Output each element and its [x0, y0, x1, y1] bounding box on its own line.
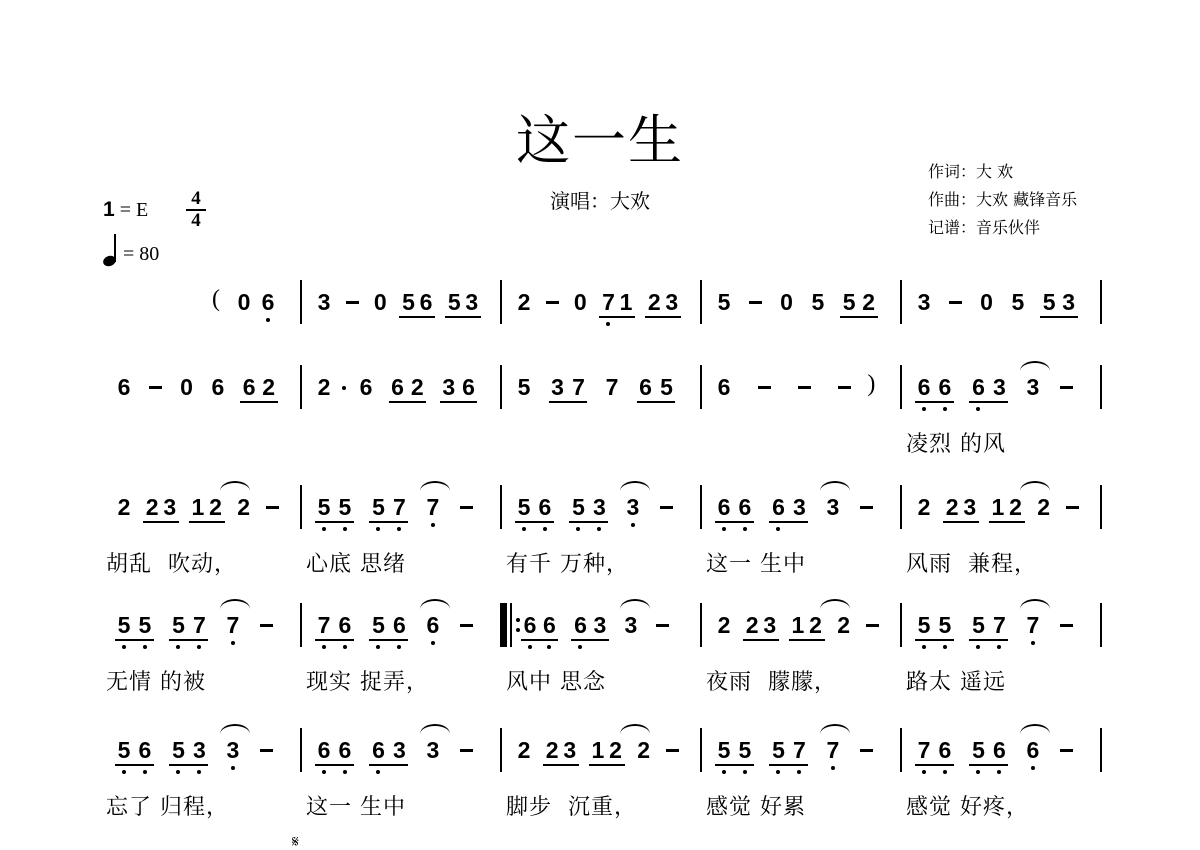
low-octave-dot [922, 645, 926, 649]
note: 5 [1041, 290, 1057, 314]
low-octave-dot [343, 527, 347, 531]
beam-underline [969, 764, 1008, 766]
note: 0 [572, 290, 588, 314]
low-octave-dot [143, 770, 147, 774]
note: 2 [116, 495, 132, 519]
time-signature: 4 4 [186, 190, 206, 230]
barline [1100, 485, 1102, 529]
note: 3 [1061, 290, 1077, 314]
low-octave-dot [631, 523, 635, 527]
note: 5 [370, 613, 386, 637]
lyric-text: 心底 思绪 [306, 547, 406, 578]
note: 2 [516, 290, 532, 314]
note: 1 [618, 290, 634, 314]
note: 7 [791, 738, 807, 762]
low-octave-dot [376, 527, 380, 531]
barline [900, 728, 902, 772]
beam-underline [569, 521, 608, 523]
note: 7 [604, 375, 620, 399]
barline [500, 365, 502, 409]
slur [220, 599, 250, 609]
lyric-text: 有千 万种， [506, 547, 629, 578]
note: 6 [391, 613, 407, 637]
beam-underline [943, 521, 979, 523]
note: 7 [916, 738, 932, 762]
low-octave-dot [976, 770, 980, 774]
barline [700, 603, 702, 647]
note: 5 [516, 495, 532, 519]
slur [620, 599, 650, 609]
dash-sustain [346, 301, 359, 304]
beam-underline [989, 521, 1025, 523]
note: 6 [358, 375, 374, 399]
low-octave-dot [578, 645, 582, 649]
low-octave-dot [528, 645, 532, 649]
note: 5 [841, 290, 857, 314]
beam-underline [143, 521, 179, 523]
note: 1 [790, 613, 806, 637]
dash-sustain [860, 506, 873, 509]
slur [820, 724, 850, 734]
dash-sustain [866, 624, 879, 627]
barline [300, 728, 302, 772]
low-octave-dot [776, 770, 780, 774]
beam-underline [969, 401, 1008, 403]
note: 5 [116, 738, 132, 762]
beam-underline [315, 639, 354, 641]
note: 2 [944, 495, 960, 519]
slur [220, 724, 250, 734]
note: 6 [425, 613, 441, 637]
beam-underline [915, 401, 954, 403]
note: 2 [1008, 495, 1024, 519]
barline [700, 485, 702, 529]
note: 6 [572, 613, 588, 637]
barline [500, 280, 502, 324]
dash-sustain [660, 506, 673, 509]
lyric-text: 感觉 好累 [706, 790, 806, 821]
note: 6 [937, 375, 953, 399]
slur [1020, 481, 1050, 491]
barline [300, 485, 302, 529]
lyric-text: 这一 生中 [306, 790, 406, 821]
note: 5 [137, 613, 153, 637]
low-octave-dot [797, 770, 801, 774]
low-octave-dot [722, 770, 726, 774]
low-octave-dot [322, 527, 326, 531]
note: 0 [979, 290, 995, 314]
key-name: = E [120, 199, 149, 221]
note: 2 [646, 290, 662, 314]
low-octave-dot [376, 770, 380, 774]
repeat-dot [516, 618, 520, 622]
credits-block: 作词：大 欢 作曲：大欢 藏锋音乐 记谱：音乐伙伴 [928, 158, 1077, 242]
low-octave-dot [743, 527, 747, 531]
low-octave-dot [376, 645, 380, 649]
slur [220, 481, 250, 491]
tempo-marking: = 80 [103, 234, 159, 266]
repeat-dot [516, 628, 520, 632]
beam-underline [169, 639, 208, 641]
note: 7 [570, 375, 586, 399]
note: 2 [316, 375, 332, 399]
low-octave-dot [576, 527, 580, 531]
dash-sustain [838, 386, 851, 389]
note: 5 [658, 375, 674, 399]
note: 7 [991, 613, 1007, 637]
beam-underline [769, 521, 808, 523]
dash-sustain [749, 301, 762, 304]
low-octave-dot [997, 770, 1001, 774]
note: 7 [225, 613, 241, 637]
note: 6 [260, 290, 276, 314]
beam-underline [599, 316, 635, 318]
barline [300, 603, 302, 647]
note: 2 [716, 613, 732, 637]
barline [1100, 365, 1102, 409]
note: 5 [400, 290, 416, 314]
low-octave-dot [431, 523, 435, 527]
low-octave-dot [397, 645, 401, 649]
beam-underline [715, 764, 754, 766]
note: 1 [990, 495, 1006, 519]
note: 5 [170, 738, 186, 762]
close-paren: ) [867, 371, 875, 398]
dash-sustain [949, 301, 962, 304]
barline [500, 728, 502, 772]
beam-underline [440, 401, 478, 403]
dash-sustain [260, 749, 273, 752]
dash-sustain [546, 301, 559, 304]
low-octave-dot [431, 641, 435, 645]
note: 7 [1025, 613, 1041, 637]
beam-underline [769, 764, 808, 766]
low-octave-dot [522, 527, 526, 531]
barline [900, 485, 902, 529]
dash-sustain [266, 506, 279, 509]
note: 3 [962, 495, 978, 519]
note: 6 [638, 375, 654, 399]
beam-underline [840, 316, 878, 318]
note: 3 [625, 495, 641, 519]
beam-underline [543, 764, 579, 766]
note: 3 [825, 495, 841, 519]
note: 0 [179, 375, 195, 399]
note: 5 [570, 495, 586, 519]
dash-sustain [460, 506, 473, 509]
note: 7 [191, 613, 207, 637]
note: 3 [441, 375, 457, 399]
note: 3 [562, 738, 578, 762]
low-octave-dot [776, 527, 780, 531]
repeat-thin-bar [510, 603, 512, 647]
note: 3 [464, 290, 480, 314]
composer-credit: 作曲：大欢 藏锋音乐 [928, 186, 1077, 214]
beam-underline [445, 316, 481, 318]
low-octave-dot [943, 770, 947, 774]
repeat-thick-bar [502, 603, 507, 647]
slur [420, 481, 450, 491]
note: 3 [791, 495, 807, 519]
note: 5 [737, 738, 753, 762]
low-octave-dot [547, 645, 551, 649]
note: 7 [425, 495, 441, 519]
beam-underline [521, 639, 558, 641]
note: 5 [716, 290, 732, 314]
dash-sustain [460, 624, 473, 627]
low-octave-dot [943, 407, 947, 411]
low-octave-dot [176, 645, 180, 649]
note: 5 [970, 738, 986, 762]
dash-sustain [1060, 386, 1073, 389]
slur [620, 481, 650, 491]
note: 2 [916, 495, 932, 519]
beam-underline [515, 521, 554, 523]
note: 5 [970, 613, 986, 637]
note: 6 [916, 375, 932, 399]
tempo-value: = 80 [123, 243, 159, 266]
note: 6 [116, 375, 132, 399]
transcriber-credit: 记谱：音乐伙伴 [928, 214, 1077, 242]
note: 1 [190, 495, 206, 519]
note: 3 [1025, 375, 1041, 399]
beam-underline [645, 316, 681, 318]
note: 2 [1036, 495, 1052, 519]
low-octave-dot [1031, 766, 1035, 770]
dash-sustain [460, 749, 473, 752]
dash-sustain [758, 386, 771, 389]
dash-sustain [860, 749, 873, 752]
note: 2 [409, 375, 425, 399]
note: 2 [836, 613, 852, 637]
low-octave-dot [231, 766, 235, 770]
note: 6 [937, 738, 953, 762]
note: 3 [623, 613, 639, 637]
time-sig-bottom: 4 [186, 212, 206, 230]
low-octave-dot [122, 770, 126, 774]
beam-underline [715, 521, 754, 523]
note: 5 [1010, 290, 1026, 314]
beam-underline [1040, 316, 1078, 318]
dash-sustain [1066, 506, 1079, 509]
note: 3 [162, 495, 178, 519]
note: 2 [744, 613, 760, 637]
note: 2 [636, 738, 652, 762]
note: 7 [600, 290, 616, 314]
lyric-text: 夜雨 朦朦， [706, 665, 837, 696]
dash-sustain [1060, 749, 1073, 752]
segno-icon: 𝄋 [292, 832, 299, 850]
note: 5 [937, 613, 953, 637]
slur [620, 724, 650, 734]
low-octave-dot [943, 645, 947, 649]
note: 6 [541, 613, 557, 637]
dash-sustain [260, 624, 273, 627]
note: 0 [236, 290, 252, 314]
note: 6 [537, 495, 553, 519]
beam-underline [789, 639, 825, 641]
note: 6 [522, 613, 538, 637]
note: 5 [170, 613, 186, 637]
note: 2 [861, 290, 877, 314]
note: 1 [590, 738, 606, 762]
low-octave-dot [976, 645, 980, 649]
note: 5 [716, 738, 732, 762]
beam-underline [115, 639, 154, 641]
note: 5 [516, 375, 532, 399]
barline [900, 365, 902, 409]
low-octave-dot [976, 407, 980, 411]
note: 5 [337, 495, 353, 519]
beam-underline [915, 764, 954, 766]
note: 6 [970, 375, 986, 399]
note: 3 [991, 375, 1007, 399]
low-octave-dot [597, 527, 601, 531]
note: 3 [592, 613, 608, 637]
low-octave-dot [1031, 641, 1035, 645]
key-signature: 1 = E [103, 198, 148, 222]
barline [500, 485, 502, 529]
low-octave-dot [322, 770, 326, 774]
beam-underline [189, 521, 225, 523]
low-octave-dot [343, 770, 347, 774]
beam-underline [115, 764, 154, 766]
slur [1020, 599, 1050, 609]
lyric-text: 这一 生中 [706, 547, 806, 578]
augmentation-dot [342, 386, 346, 390]
note: 3 [664, 290, 680, 314]
low-octave-dot [197, 770, 201, 774]
low-octave-dot [143, 645, 147, 649]
beam-underline [315, 764, 354, 766]
note: 3 [916, 290, 932, 314]
dash-sustain [798, 386, 811, 389]
note: 5 [370, 495, 386, 519]
low-octave-dot [122, 645, 126, 649]
low-octave-dot [343, 645, 347, 649]
beam-underline [915, 639, 954, 641]
low-octave-dot [543, 527, 547, 531]
low-octave-dot [743, 770, 747, 774]
note: 0 [779, 290, 795, 314]
note: 3 [550, 375, 566, 399]
note: 3 [191, 738, 207, 762]
key-degree: 1 [103, 198, 115, 221]
note: 6 [418, 290, 434, 314]
note: 6 [1025, 738, 1041, 762]
time-sig-top: 4 [186, 190, 206, 208]
barline [300, 365, 302, 409]
note: 2 [261, 375, 277, 399]
note: 6 [337, 613, 353, 637]
low-octave-dot [397, 527, 401, 531]
note: 6 [390, 375, 406, 399]
low-octave-dot [266, 318, 270, 322]
note: 7 [391, 495, 407, 519]
slur [420, 599, 450, 609]
note: 7 [316, 613, 332, 637]
note: 5 [116, 613, 132, 637]
note: 2 [808, 613, 824, 637]
note: 6 [716, 495, 732, 519]
note: 5 [810, 290, 826, 314]
note: 5 [916, 613, 932, 637]
beam-underline [969, 639, 1008, 641]
note: 6 [316, 738, 332, 762]
lyricist-credit: 作词：大 欢 [928, 158, 1077, 186]
lyric-text: 无情 的被 [106, 665, 206, 696]
barline [1100, 603, 1102, 647]
slur [1020, 724, 1050, 734]
note: 2 [544, 738, 560, 762]
lyric-text: 胡乱 吹动， [106, 547, 237, 578]
note: 6 [241, 375, 257, 399]
note: 3 [316, 290, 332, 314]
barline [1100, 280, 1102, 324]
lyric-text: 脚步 沉重， [506, 790, 637, 821]
note: 6 [770, 495, 786, 519]
note: 3 [762, 613, 778, 637]
note: 6 [716, 375, 732, 399]
slur [820, 599, 850, 609]
note: 6 [737, 495, 753, 519]
dash-sustain [656, 624, 669, 627]
beam-underline [589, 764, 625, 766]
barline [700, 728, 702, 772]
slur [820, 481, 850, 491]
note: 7 [825, 738, 841, 762]
note: 2 [516, 738, 532, 762]
barline [1100, 728, 1102, 772]
note: 2 [144, 495, 160, 519]
note: 6 [370, 738, 386, 762]
note: 6 [137, 738, 153, 762]
barline [900, 603, 902, 647]
note: 6 [210, 375, 226, 399]
note: 2 [608, 738, 624, 762]
quarter-note-icon [103, 234, 119, 266]
dash-sustain [666, 749, 679, 752]
low-octave-dot [176, 770, 180, 774]
barline [300, 280, 302, 324]
barline [700, 280, 702, 324]
note: 3 [225, 738, 241, 762]
lyric-text: 风雨 兼程， [906, 547, 1037, 578]
note: 3 [425, 738, 441, 762]
lyric-text: 风中 思念 [506, 665, 606, 696]
low-octave-dot [606, 322, 610, 326]
dash-sustain [149, 386, 162, 389]
note: 6 [460, 375, 476, 399]
beam-underline [169, 764, 208, 766]
note: 6 [337, 738, 353, 762]
beam-underline [315, 521, 354, 523]
note: 3 [591, 495, 607, 519]
beam-underline [549, 401, 588, 403]
note: 2 [236, 495, 252, 519]
note: 0 [372, 290, 388, 314]
low-octave-dot [922, 407, 926, 411]
note: 6 [991, 738, 1007, 762]
beam-underline [743, 639, 779, 641]
low-octave-dot [831, 766, 835, 770]
low-octave-dot [231, 641, 235, 645]
note: 5 [770, 738, 786, 762]
beam-underline [369, 521, 408, 523]
slur [420, 724, 450, 734]
dash-sustain [1060, 624, 1073, 627]
note: 5 [446, 290, 462, 314]
